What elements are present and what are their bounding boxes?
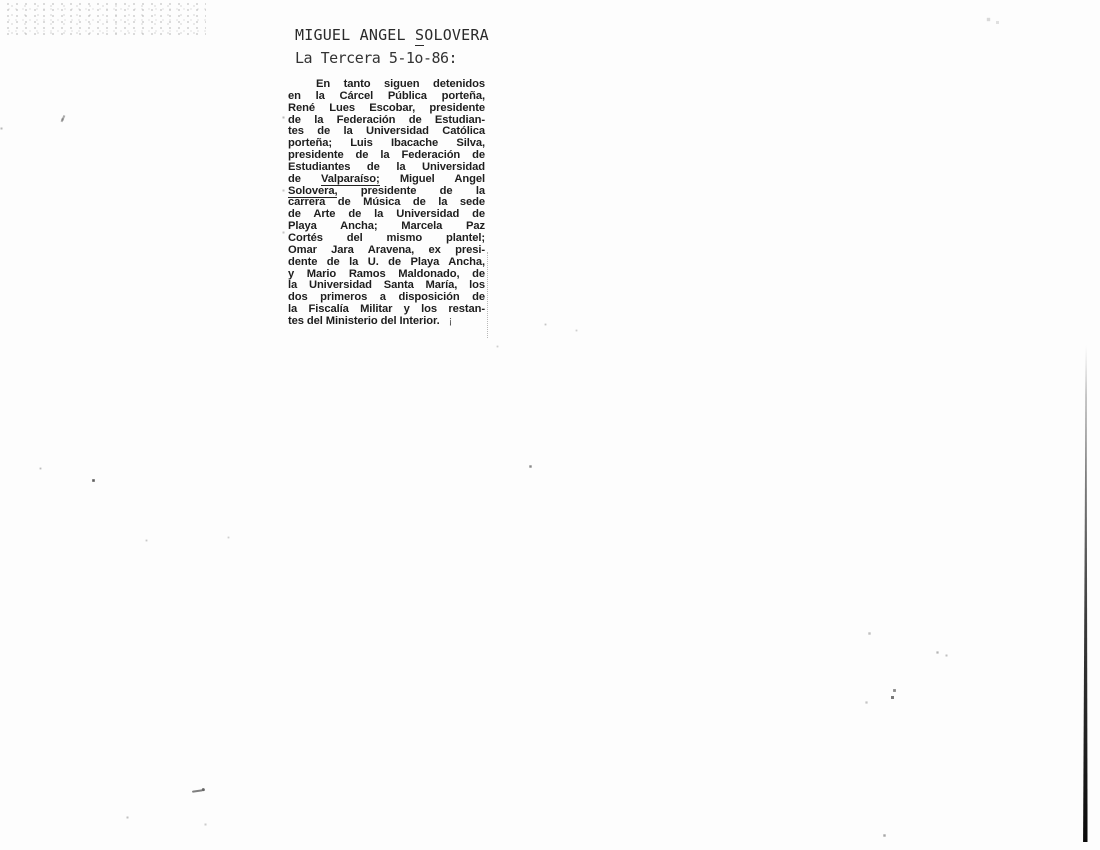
- scan-slash-mark: [61, 115, 65, 122]
- typewritten-header: MIGUEL ANGEL SOLOVERA La Tercera 5-1o-86…: [295, 26, 489, 67]
- header-title-underlined-letter: S: [415, 26, 424, 46]
- scan-artifact-dotted-rule: [487, 252, 488, 338]
- clipping-line: Estudiantes de la Universidad: [288, 162, 485, 174]
- clipping-line: René Lues Escobar, presidente: [288, 103, 485, 115]
- header-title-text: MIGUEL ANGEL: [295, 26, 415, 44]
- scan-dash-mark: [192, 789, 203, 793]
- clipping-line: tes del Ministerio del Interior.¡: [288, 316, 485, 328]
- page-edge-shadow: [1083, 345, 1089, 842]
- clipping-column: En tanto siguen detenidosen la Cárcel Pú…: [288, 79, 485, 328]
- clipping-line: de Valparaíso; Miguel Angel: [288, 174, 485, 186]
- clipping-line: en la Cárcel Pública porteña,: [288, 91, 485, 103]
- scan-trailing-mark: ¡: [449, 315, 453, 327]
- clipping-line: dente de la U. de Playa Ancha,: [288, 257, 485, 269]
- header-source-line: La Tercera 5-1o-86:: [295, 49, 489, 67]
- scan-speckles: [0, 0, 1, 1]
- pen-underlined-name: Valparaíso;: [321, 173, 380, 186]
- scan-noise-band: [6, 2, 206, 36]
- header-title: MIGUEL ANGEL SOLOVERA: [295, 26, 489, 45]
- header-title-text: OLOVERA: [424, 26, 489, 44]
- clipping-line: Omar Jara Aravena, ex presi-: [288, 245, 485, 257]
- scanned-document-page: MIGUEL ANGEL SOLOVERA La Tercera 5-1o-86…: [0, 0, 1100, 850]
